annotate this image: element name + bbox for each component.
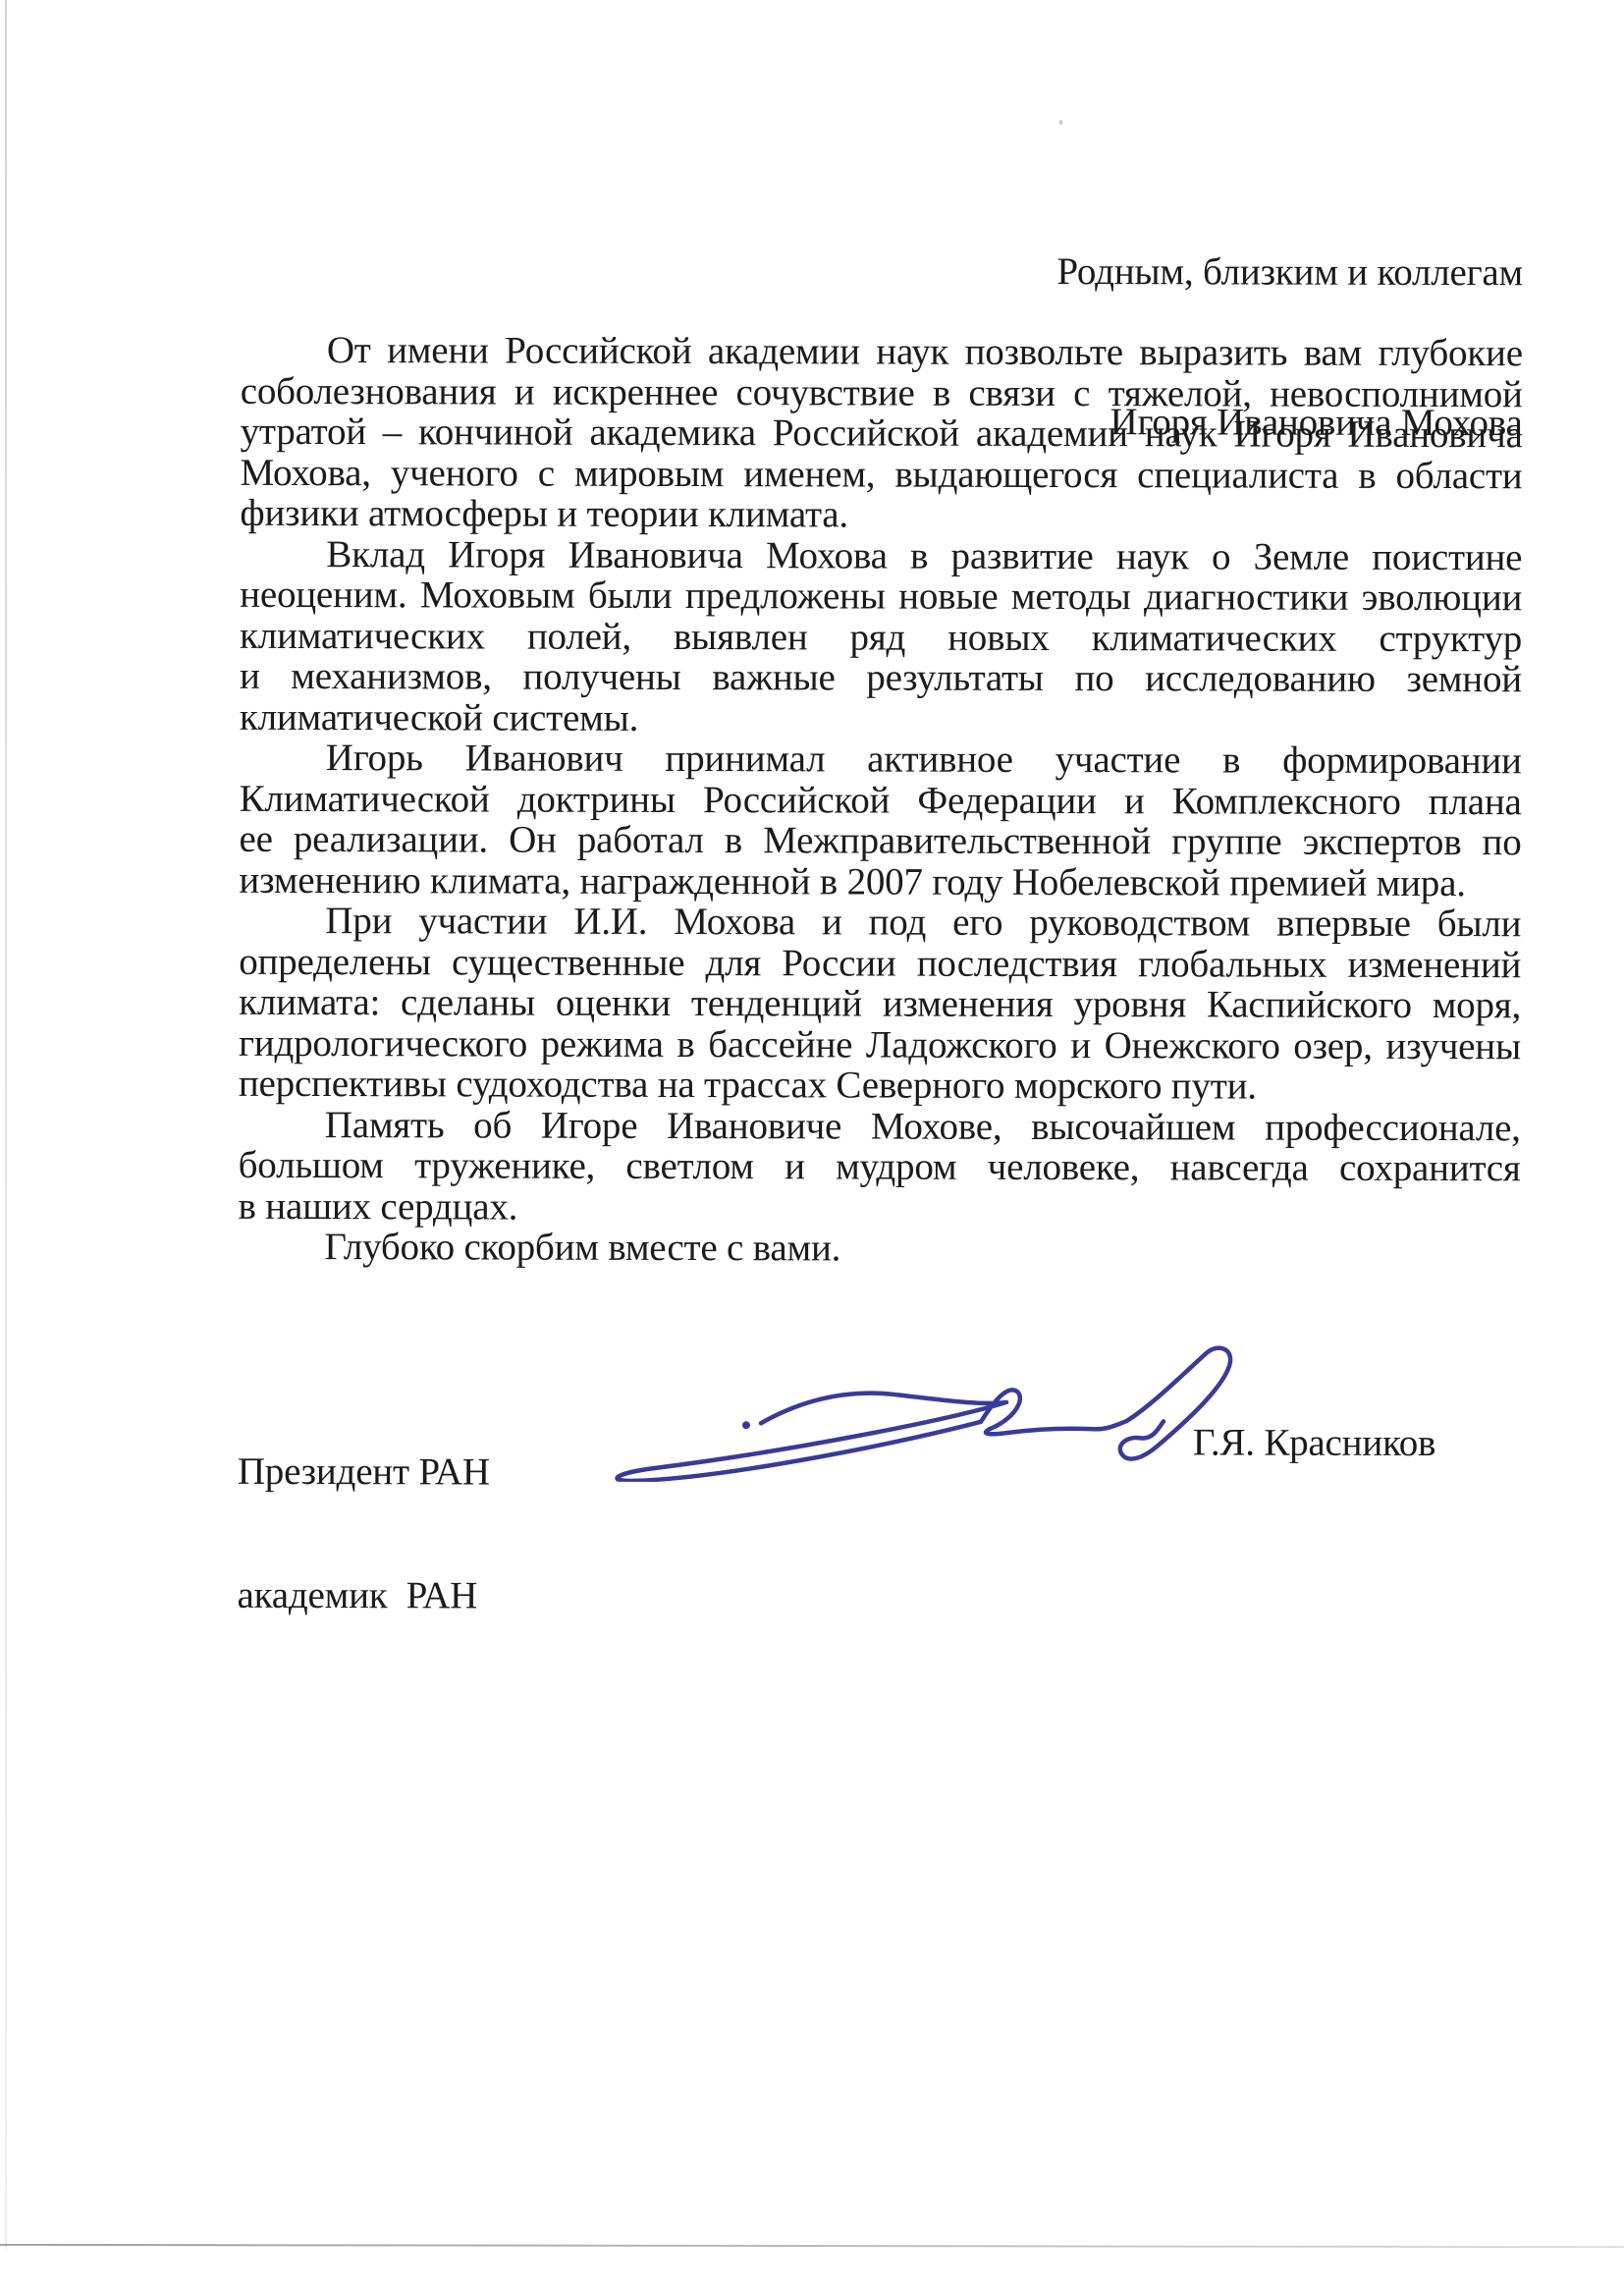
letter-line: Мохова, ученого с мировым именем, выдающ… <box>240 452 1522 496</box>
signature-ink-icon <box>596 1335 1244 1484</box>
letter-line: климата: сделаны оценки тенденций измене… <box>239 982 1521 1026</box>
letter-line: Вклад Игоря Ивановича Мохова в развитие … <box>240 533 1522 577</box>
signatory-title-academician: академик РАН <box>237 1575 489 1617</box>
letter-line: Память об Игоре Ивановиче Мохове, высоча… <box>239 1104 1521 1148</box>
scan-speck <box>1058 120 1062 125</box>
letter-line: Климатической доктрины Российской Федера… <box>240 778 1522 822</box>
letter-line: неоценим. Моховым были предложены новые … <box>240 574 1522 619</box>
signatory-name: Г.Я. Красников <box>1193 1422 1435 1463</box>
letter-line: ее реализации. Он работал в Межправитель… <box>239 819 1521 863</box>
signatory-titles: Президент РАН академик РАН <box>237 1369 490 1700</box>
scanned-letter: Родным, близким и коллегам Игоря Иванови… <box>0 0 1624 2296</box>
letter-line: гидрологического режима в бассейне Ладож… <box>239 1022 1521 1066</box>
letter-body: От имени Российской академии наук позвол… <box>238 330 1522 1271</box>
letter-line: в наших сердцах. <box>239 1185 1521 1230</box>
scan-edge-left-line <box>5 0 7 2249</box>
recipient-line-1: Родным, близким и коллегам <box>241 245 1523 298</box>
letter-page: Родным, близким и коллегам Игоря Иванови… <box>0 0 1624 2296</box>
letter-line: перспективы судоходства на трассах Север… <box>239 1064 1521 1108</box>
letter-line: определены существенные для России после… <box>239 941 1521 985</box>
letter-line: большом труженике, светлом и мудром чело… <box>239 1145 1521 1189</box>
letter-line: климатической системы. <box>240 696 1522 740</box>
letter-line: Игорь Иванович принимал активное участие… <box>240 738 1522 782</box>
signatory-title-president: Президент РАН <box>238 1451 490 1494</box>
letter-line: климатических полей, выявлен ряд новых к… <box>240 615 1522 659</box>
letter-line: физики атмосферы и теории климата. <box>240 493 1522 537</box>
letter-line: При участии И.И. Мохова и под его руково… <box>239 901 1521 945</box>
letter-line: Глубоко скорбим вместе с вами. <box>238 1227 1520 1271</box>
letter-line: утратой – кончиной академика Российской … <box>241 411 1523 456</box>
letter-line: изменению климата, награжденной в 2007 г… <box>239 859 1521 903</box>
letter-line: и механизмов, получены важные результаты… <box>240 656 1522 700</box>
letter-line: От имени Российской академии наук позвол… <box>241 330 1523 374</box>
letter-line: соболезнования и искреннее сочувствие в … <box>241 370 1523 414</box>
